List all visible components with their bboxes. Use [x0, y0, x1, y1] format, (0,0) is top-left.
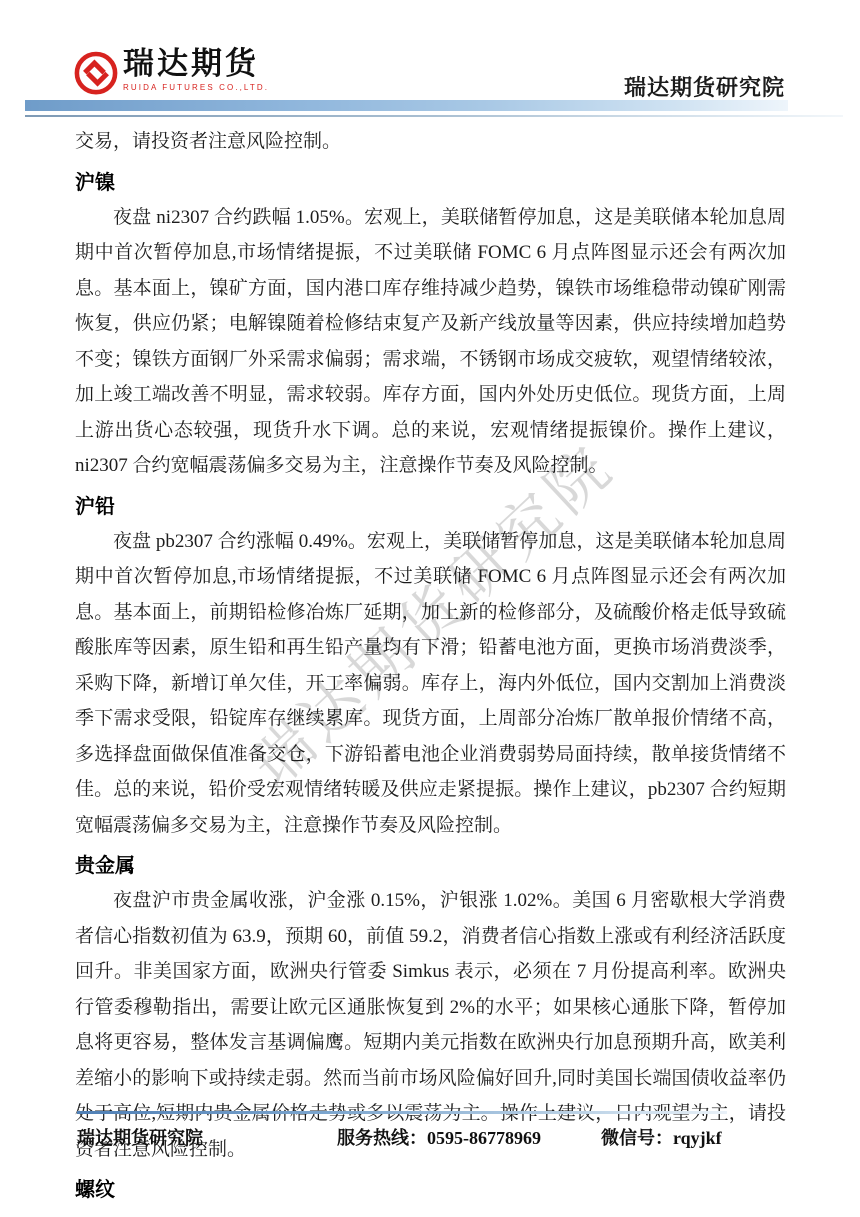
- intro-paragraph: 交易，请投资者注意风险控制。: [75, 124, 786, 160]
- section-title-rebar: 螺纹: [75, 1177, 786, 1203]
- section-body-hu-nickel: 夜盘 ni2307 合约跌幅 1.05%。宏观上，美联储暂停加息，这是美联储本轮…: [75, 200, 786, 484]
- report-page: 瑞达期货 RUIDA FUTURES CO.,LTD. 瑞达期货研究院 瑞达期货…: [0, 0, 860, 1217]
- brand-name-cn: 瑞达期货: [123, 46, 269, 82]
- section-title-hu-nickel: 沪镍: [75, 170, 786, 196]
- footer-rule: [77, 1111, 727, 1114]
- header-institute-title: 瑞达期货研究院: [624, 71, 785, 102]
- report-body: 交易，请投资者注意风险控制。 沪镍 夜盘 ni2307 合约跌幅 1.05%。宏…: [75, 124, 786, 1207]
- footer-institute: 瑞达期货研究院: [77, 1124, 203, 1150]
- header-rule-main: [25, 100, 788, 111]
- brand-name-en: RUIDA FUTURES CO.,LTD.: [123, 83, 269, 93]
- section-body-hu-lead: 夜盘 pb2307 合约涨幅 0.49%。宏观上，美联储暂停加息，这是美联储本轮…: [75, 524, 786, 844]
- header-rule-thin: [25, 115, 843, 117]
- company-logo: 瑞达期货 RUIDA FUTURES CO.,LTD.: [72, 46, 269, 98]
- section-title-precious-metals: 贵金属: [75, 853, 786, 879]
- footer: 瑞达期货研究院 服务热线：0595-86778969 微信号：rqyjkf: [0, 1124, 860, 1152]
- footer-wechat-id: 微信号：rqyjkf: [601, 1124, 722, 1150]
- brand-text-block: 瑞达期货 RUIDA FUTURES CO.,LTD.: [123, 46, 269, 93]
- section-title-hu-lead: 沪铅: [75, 494, 786, 520]
- ruida-swirl-icon: [72, 46, 120, 98]
- footer-hotline: 服务热线：0595-86778969: [337, 1124, 541, 1150]
